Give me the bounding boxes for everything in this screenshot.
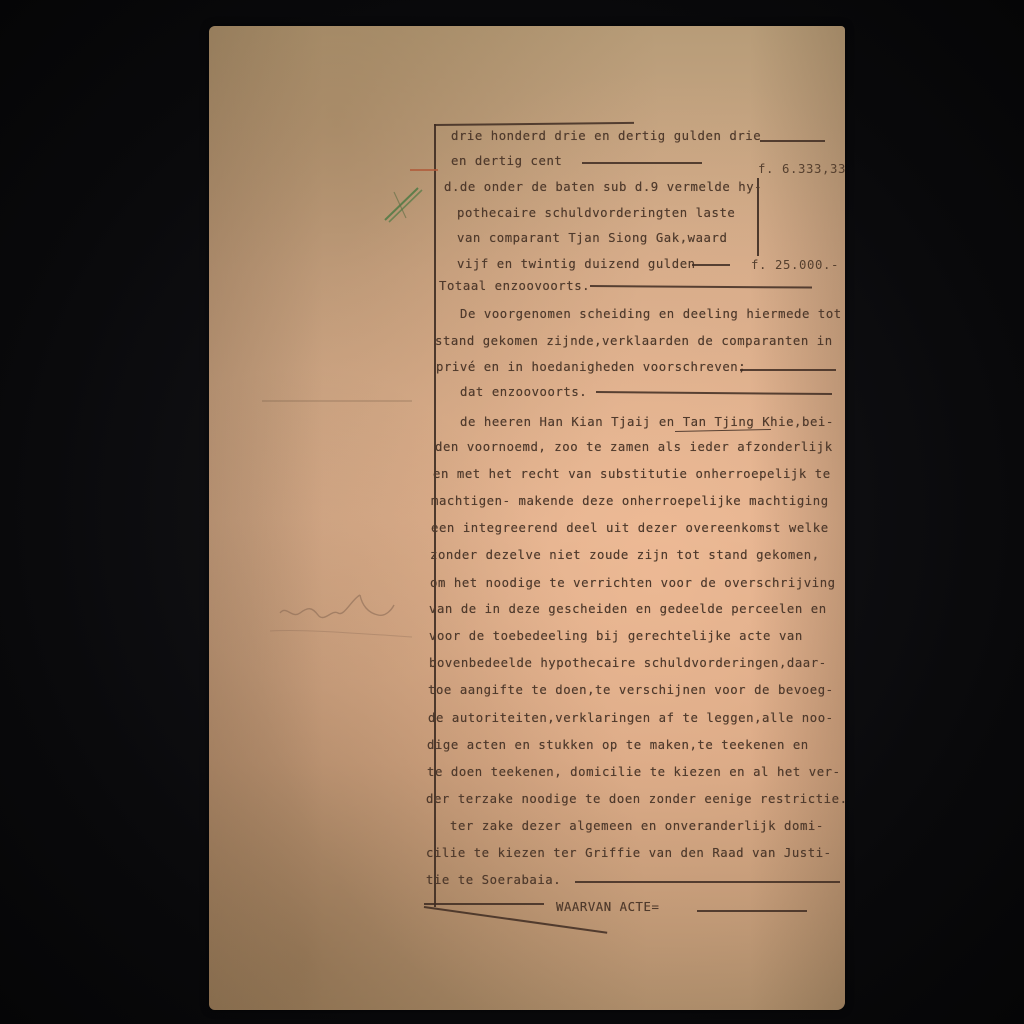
green-crosshatch-mark	[380, 180, 430, 230]
bottom-bracket-horizontal	[424, 903, 544, 905]
text-line-6: vijf en twintig duizend gulden	[457, 257, 696, 271]
fill-rule	[692, 264, 730, 266]
faint-margin-line	[262, 400, 412, 402]
text-line-2: en dertig cent	[451, 154, 562, 168]
text-line-23: de autoriteiten,verklaringen af te legge…	[428, 711, 834, 725]
closing-text: WAARVAN ACTE=	[556, 900, 659, 914]
text-line-19: van de in deze gescheiden en gedeelde pe…	[429, 602, 827, 616]
text-line-13: den voornoemd, zoo te zamen als ieder af…	[435, 440, 833, 454]
text-line-10: privé en in hoedanigheden voorschreven;	[436, 360, 746, 374]
text-line-26: der terzake noodige te doen zonder eenig…	[426, 792, 848, 806]
text-line-12: de heeren Han Kian Tjaij en Tan Tjing Kh…	[460, 415, 834, 429]
amount-first: f. 6.333,33	[758, 162, 846, 176]
fill-rule	[582, 162, 702, 164]
text-line-28: cilie te kiezen ter Griffie van den Raad…	[426, 846, 832, 860]
fill-rule	[575, 881, 840, 883]
red-margin-tick	[410, 169, 438, 171]
text-line-7: Totaal enzoovoorts.	[439, 279, 590, 293]
text-line-24: dige acten en stukken op te maken,te tee…	[427, 738, 809, 752]
text-line-15: machtigen- makende deze onherroepelijke …	[431, 494, 829, 508]
text-line-21: bovenbedeelde hypothecaire schuldvorderi…	[429, 656, 827, 670]
text-line-29: tie te Soerabaia.	[426, 873, 561, 887]
text-line-14: en met het recht van substitutie onherro…	[433, 467, 831, 481]
amount-second: f. 25.000.-	[751, 258, 839, 272]
text-line-1: drie honderd drie en dertig gulden drie	[451, 129, 761, 143]
text-line-3: d.de onder de baten sub d.9 vermelde hy-	[444, 180, 762, 194]
text-line-22: toe aangifte te doen,te verschijnen voor…	[428, 683, 834, 697]
text-line-18: om het noodige te verrichten voor de ove…	[430, 576, 836, 590]
text-line-9: stand gekomen zijnde,verklaarden de comp…	[435, 334, 833, 348]
text-line-11: dat enzoovoorts.	[460, 385, 587, 399]
text-line-27: ter zake dezer algemeen en onveranderlij…	[450, 819, 824, 833]
pencil-signature	[262, 585, 422, 645]
left-bracket-vertical	[434, 124, 436, 907]
text-line-20: voor de toebedeeling bij gerechtelijke a…	[429, 629, 803, 643]
fill-rule	[697, 910, 807, 912]
text-line-16: een integreerend deel uit dezer overeenk…	[431, 521, 829, 535]
fill-rule	[740, 369, 836, 371]
text-line-4: pothecaire schuldvorderingten laste	[457, 206, 735, 220]
text-line-17: zonder dezelve niet zoude zijn tot stand…	[430, 548, 820, 562]
fill-rule	[760, 140, 825, 142]
text-line-8: De voorgenomen scheiding en deeling hier…	[460, 307, 842, 321]
text-line-25: te doen teekenen, domicilie te kiezen en…	[427, 765, 841, 779]
document-page	[209, 26, 845, 1010]
text-line-5: van comparant Tjan Siong Gak,waard	[457, 231, 727, 245]
